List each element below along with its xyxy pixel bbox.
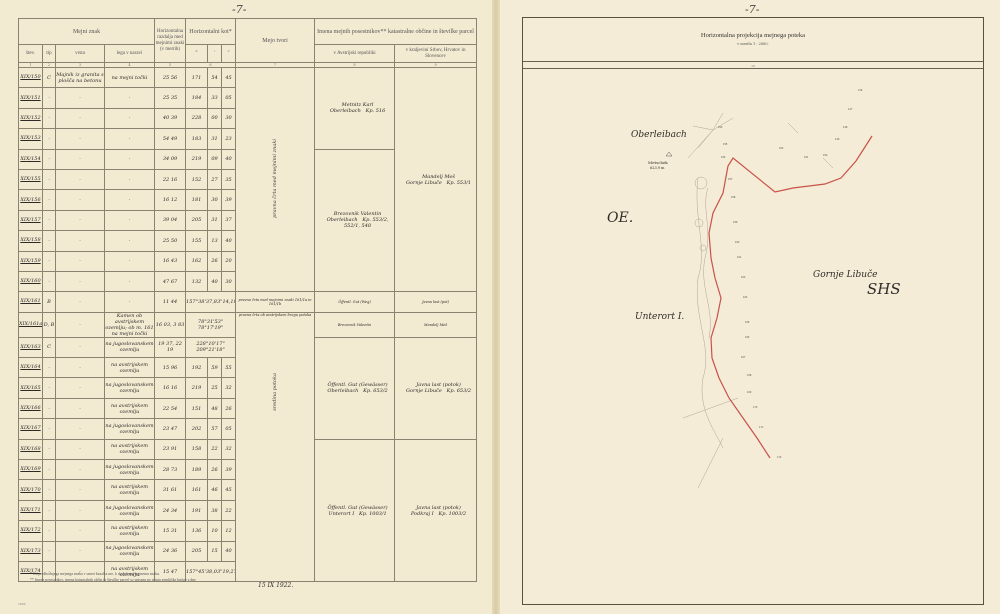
meja-tvori-text: pravna črta ob avstrijskem bregu potoka xyxy=(236,313,314,317)
marker-number: XIX/164 xyxy=(19,358,43,378)
marker-kind: · xyxy=(56,312,105,337)
marker-location: · xyxy=(105,271,155,291)
header-meja-tvori: Mejo tvori xyxy=(236,19,315,63)
marker-kind: · xyxy=(56,541,105,561)
marker-location: na avstrijskem ozemlju xyxy=(105,358,155,378)
horizontal-distance: 25 50 xyxy=(155,231,186,251)
marker-kind: · xyxy=(56,521,105,541)
svg-text:168: 168 xyxy=(747,373,752,377)
page-number: -7- xyxy=(745,3,759,16)
marker-kind: · xyxy=(56,149,105,169)
header-deg: ° xyxy=(186,45,208,63)
marker-number: XIX/173 xyxy=(19,541,43,561)
angle-seconds: 32 xyxy=(222,439,236,459)
angle-degrees: 205 xyxy=(186,541,208,561)
horizontal-distance: 31 61 xyxy=(155,480,186,500)
horizontal-distance: 11 44 xyxy=(155,292,186,312)
marker-number: XIX/169 xyxy=(19,460,43,480)
marker-location: · xyxy=(105,169,155,189)
svg-text:164: 164 xyxy=(743,295,748,299)
angle-minutes: 59 xyxy=(208,358,222,378)
angle-minutes: 46 xyxy=(208,480,222,500)
angle-degrees: 184 xyxy=(186,88,208,108)
angle-seconds: 05 xyxy=(222,88,236,108)
marker-kind: · xyxy=(56,271,105,291)
svg-text:152: 152 xyxy=(779,146,784,150)
header-lega: lega v naravi xyxy=(105,45,155,63)
marker-kind: · xyxy=(56,169,105,189)
svg-text:149: 149 xyxy=(835,137,840,141)
svg-text:171: 171 xyxy=(759,425,764,429)
horizontal-distance: 22 54 xyxy=(155,398,186,418)
angle-degrees: 171 xyxy=(186,68,208,88)
table-row: XIX/150CMajnik iz granita s plošča na be… xyxy=(19,68,477,88)
marker-location: · xyxy=(105,251,155,271)
angle-seconds: 23 xyxy=(222,129,236,149)
angle-degrees: 202 xyxy=(186,419,208,439)
marker-kind: · xyxy=(56,108,105,128)
svg-text:150: 150 xyxy=(823,153,828,157)
marker-location: na jugoslovanskem ozemlju xyxy=(105,460,155,480)
owner-parcel: Kp. 653/2 xyxy=(363,388,388,394)
svg-text:165: 165 xyxy=(745,320,750,324)
owner-shs: Mandelj MešGornje Libuče Kp. 553/1 xyxy=(395,68,477,292)
marker-location: na jugoslovanskem ozemlju xyxy=(105,541,155,561)
angle-seconds: 05 xyxy=(222,419,236,439)
marker-location: na avstrijskem ozemlju xyxy=(105,480,155,500)
marker-type: · xyxy=(43,149,56,169)
label-shs: SHS xyxy=(867,280,901,298)
angle-seconds: 40 xyxy=(222,541,236,561)
horizontal-distance: 47 67 xyxy=(155,271,186,291)
angle-minutes: 31 xyxy=(208,129,222,149)
horizontal-distance: 16 16 xyxy=(155,378,186,398)
marker-number: XIX/161a,161b xyxy=(19,312,43,337)
marker-location: na avstrijskem ozemlju xyxy=(105,398,155,418)
horizontal-distance: 23 47 xyxy=(155,419,186,439)
marker-kind: · xyxy=(56,500,105,520)
marker-type: · xyxy=(43,521,56,541)
marker-kind: · xyxy=(56,129,105,149)
marker-number: XIX/153 xyxy=(19,129,43,149)
label-oe: OE. xyxy=(607,210,633,226)
marker-number: XIX/158 xyxy=(19,231,43,251)
angle-degrees: 192 xyxy=(186,358,208,378)
header-mejni-znak: Mejni znak xyxy=(19,19,155,45)
left-page: -7- Mejni znak Horizontalna razdalja med… xyxy=(0,0,492,614)
svg-text:163: 163 xyxy=(741,275,746,279)
marker-kind: · xyxy=(56,378,105,398)
marker-location: na jugoslovanskem ozemlju xyxy=(105,419,155,439)
marker-type: C xyxy=(43,68,56,88)
marker-kind: · xyxy=(56,88,105,108)
marker-type: B xyxy=(43,292,56,312)
label-gornje-libuce: Gornje Libuče xyxy=(813,270,877,280)
owner-place: Gornje Libuče xyxy=(406,388,442,394)
horizontal-distance: 24 34 xyxy=(155,500,186,520)
angle-degrees: 189 xyxy=(186,460,208,480)
label-metschek-height: 623.9 m xyxy=(650,166,664,170)
header-min: ' xyxy=(208,45,222,63)
angle-minutes: 10 xyxy=(208,521,222,541)
header-horiz-dist: Horizontalna razdalja med mejnimi znaki … xyxy=(155,19,186,63)
owner-parcel: Kp. 1003/2 xyxy=(439,511,467,517)
angle-minutes: 09 xyxy=(208,149,222,169)
owner-shs: Mandelj Meš xyxy=(395,312,477,337)
boundary-map: 153155156 157158159 160161163 164165166 … xyxy=(523,18,983,604)
boundary-marker-table: Mejni znak Horizontalna razdalja med mej… xyxy=(18,18,477,582)
svg-text:153: 153 xyxy=(718,125,723,129)
marker-kind: · xyxy=(56,460,105,480)
marker-number: XIX/150 xyxy=(19,68,43,88)
horizontal-distance: 40 39 xyxy=(155,108,186,128)
marker-number: XIX/161 xyxy=(19,292,43,312)
angle-degrees: 181 xyxy=(186,190,208,210)
marker-type: C xyxy=(43,337,56,357)
angle-degrees: 183 xyxy=(186,129,208,149)
table-row: XIX/161B··11 44157°38'37,83"14,18"pravna… xyxy=(19,292,477,312)
meja-tvori-text: sredina potoka xyxy=(272,373,278,411)
horizontal-distance: 25 56 xyxy=(155,68,186,88)
marker-location: · xyxy=(105,108,155,128)
meja-tvori-text: pravna črta med mejnimi znaki xyxy=(272,139,278,218)
footnote-2: ** Imena posestnikov, imena katastralnih… xyxy=(30,578,196,582)
angle-minutes: 22 xyxy=(208,439,222,459)
horizontal-distance: 28 73 xyxy=(155,460,186,480)
horizontal-distance: 15 31 xyxy=(155,521,186,541)
svg-text:146: 146 xyxy=(858,88,863,92)
angle-minutes: 13 xyxy=(208,231,222,251)
svg-text:169: 169 xyxy=(747,390,752,394)
svg-text:170: 170 xyxy=(753,405,758,409)
marker-number: XIX/166 xyxy=(19,398,43,418)
angle-degrees: 228 xyxy=(186,108,208,128)
angle-seconds: 45 xyxy=(222,480,236,500)
marker-type: · xyxy=(43,439,56,459)
angle-degrees: 205 xyxy=(186,210,208,230)
horizontal-distance: 16 12 xyxy=(155,190,186,210)
angle-minutes: 26 xyxy=(208,460,222,480)
horizontal-distance: 54 49 xyxy=(155,129,186,149)
angle-degrees: 151 xyxy=(186,398,208,418)
marker-type: · xyxy=(43,378,56,398)
angle-seconds: 12 xyxy=(222,521,236,541)
angle-minutes: 54 xyxy=(208,68,222,88)
owner-place: Oberleibach xyxy=(327,388,358,394)
marker-location: na mejni točki xyxy=(105,68,155,88)
angle-seconds: 39 xyxy=(222,190,236,210)
marker-type: · xyxy=(43,358,56,378)
horizontal-distance: 39 04 xyxy=(155,210,186,230)
label-metschek: Metschek xyxy=(648,160,668,165)
marker-location: · xyxy=(105,129,155,149)
svg-text:160: 160 xyxy=(735,240,740,244)
marker-location: · xyxy=(105,292,155,312)
marker-number: XIX/170 xyxy=(19,480,43,500)
horizontal-distance: 16 43 xyxy=(155,251,186,271)
right-page: -7- Horizontalna projekcija mejnega pote… xyxy=(500,0,1000,614)
owner-austria: Öffentl. Gut (Gewässer)Oberleibach Kp. 6… xyxy=(315,337,395,439)
angle-seconds: 40 xyxy=(222,149,236,169)
angle-seconds: 45 xyxy=(222,68,236,88)
marker-location: na avstrijskem ozemlju xyxy=(105,521,155,541)
marker-type: · xyxy=(43,129,56,149)
angle-degrees: 219 xyxy=(186,378,208,398)
angle-seconds: 39 xyxy=(222,460,236,480)
marker-number: XIX/156 xyxy=(19,190,43,210)
angle-degrees: 136 xyxy=(186,521,208,541)
footnote-1: * Od predhodnjega mejnega znaka v smeri … xyxy=(30,572,160,576)
owner-austria: Brezovnik ValentinOberleibach Kp. 553/2,… xyxy=(315,149,395,292)
horizontal-distance: 34 09 xyxy=(155,149,186,169)
marker-location: · xyxy=(105,88,155,108)
marker-number: XIX/165 xyxy=(19,378,43,398)
svg-text:159: 159 xyxy=(733,220,738,224)
angle-seconds: 30 xyxy=(222,271,236,291)
horizontal-angle: 157°38'37,83"14,18" xyxy=(186,292,236,312)
horizontal-distance: 23 91 xyxy=(155,439,186,459)
register-date: 15 IX 1922. xyxy=(258,582,293,589)
marker-type: · xyxy=(43,169,56,189)
label-unterort: Unterort I. xyxy=(635,312,684,322)
marker-kind: · xyxy=(56,210,105,230)
svg-text:167: 167 xyxy=(741,355,746,359)
owner-place: Unterort I xyxy=(328,511,354,517)
marker-type: · xyxy=(43,480,56,500)
angle-seconds: 20 xyxy=(222,251,236,271)
marker-number: XIX/151 xyxy=(19,88,43,108)
marker-kind: Majnik iz granita s plošča na betonu xyxy=(56,68,105,88)
header-tip: tip xyxy=(43,45,56,63)
marker-location: · xyxy=(105,231,155,251)
map-frame: Horizontalna projekcija mejnega poteka v… xyxy=(522,17,984,605)
marker-kind: · xyxy=(56,358,105,378)
marker-type: · xyxy=(43,108,56,128)
angle-degrees: 161 xyxy=(186,480,208,500)
marker-type: · xyxy=(43,210,56,230)
marker-location: na jugoslovanskem ozemlju xyxy=(105,337,155,357)
angle-minutes: 33 xyxy=(208,88,222,108)
owner-place: Podkraj I xyxy=(411,511,434,517)
angle-degrees: 219 xyxy=(186,149,208,169)
owner-austria: Öffentl. Gut (Gewässer)Unterort I Kp. 10… xyxy=(315,439,395,582)
owner-place: Oberleibach xyxy=(330,108,361,114)
svg-text:161: 161 xyxy=(737,255,742,259)
marker-type: · xyxy=(43,541,56,561)
header-imena: Imena mejnih posestnikov** katastralne o… xyxy=(315,19,477,45)
marker-location: na jugoslovanskem ozemlju xyxy=(105,378,155,398)
owner-parcel: Kp. 516 xyxy=(366,108,386,114)
header-vrsta: vrsta xyxy=(56,45,105,63)
marker-type: · xyxy=(43,88,56,108)
marker-kind: · xyxy=(56,337,105,357)
owner-shs: Javna last (pot) xyxy=(395,292,477,312)
marker-kind: · xyxy=(56,439,105,459)
meja-tvori-upper: pravna črta med mejnimi znaki xyxy=(236,68,315,292)
marker-type: · xyxy=(43,460,56,480)
marker-number: XIX/155 xyxy=(19,169,43,189)
marker-kind: · xyxy=(56,251,105,271)
marker-number: XIX/160 xyxy=(19,271,43,291)
marker-type: · xyxy=(43,419,56,439)
marker-location: · xyxy=(105,190,155,210)
header-horiz-kot: Horizontalni kot* xyxy=(186,19,236,45)
marker-number: XIX/167 xyxy=(19,419,43,439)
marker-type: · xyxy=(43,500,56,520)
book-gutter xyxy=(492,0,500,614)
svg-text:156: 156 xyxy=(721,155,726,159)
owner-parcel: Kp. 1003/1 xyxy=(359,511,387,517)
angle-degrees: 158 xyxy=(186,439,208,459)
page-number: -7- xyxy=(232,3,246,16)
angle-seconds: 55 xyxy=(222,358,236,378)
marker-location: Kamen ob avstrijskem ozemlju; ob m. 161 … xyxy=(105,312,155,337)
header-stev: štev. xyxy=(19,45,43,63)
owner-place: Gornje Libuče xyxy=(406,180,442,186)
state-border-line xyxy=(709,136,872,458)
owner-shs: Javna last (potok)Gornje Libuče Kp. 653/… xyxy=(395,337,477,439)
marker-number: XIX/171 xyxy=(19,500,43,520)
svg-text:155: 155 xyxy=(723,142,728,146)
header-sec: " xyxy=(222,45,236,63)
horizontal-angle: 78°31'53" 78°17'19" xyxy=(186,312,236,337)
angle-seconds: 32 xyxy=(222,378,236,398)
svg-text:157: 157 xyxy=(728,177,733,181)
svg-text:172: 172 xyxy=(777,455,782,459)
table-body: XIX/150CMajnik iz granita s plošča na be… xyxy=(19,68,477,582)
horizontal-angle: 228°10'17" 209°21'18" xyxy=(186,337,236,357)
marker-number: XIX/154 xyxy=(19,149,43,169)
marker-kind: · xyxy=(56,231,105,251)
angle-degrees: 162 xyxy=(186,251,208,271)
marker-kind: · xyxy=(56,480,105,500)
horizontal-distance: 22 16 xyxy=(155,169,186,189)
angle-seconds: 26 xyxy=(222,398,236,418)
owner-shs: Javna last (potok)Podkraj I Kp. 1003/2 xyxy=(395,439,477,582)
marker-kind: · xyxy=(56,190,105,210)
horizontal-distance: 15 96 xyxy=(155,358,186,378)
angle-minutes: 00 xyxy=(208,108,222,128)
angle-degrees: 152 xyxy=(186,169,208,189)
angle-seconds: 40 xyxy=(222,231,236,251)
angle-seconds: 35 xyxy=(222,169,236,189)
angle-minutes: 30 xyxy=(208,190,222,210)
meja-tvori-middle: pravna črta med mejnimi znaki 161/1a in … xyxy=(236,292,315,312)
angle-minutes: 38 xyxy=(208,500,222,520)
angle-minutes: 57 xyxy=(208,419,222,439)
horizontal-distance: 24 36 xyxy=(155,541,186,561)
svg-text:151: 151 xyxy=(804,155,809,159)
marker-location: na avstrijskem ozemlju xyxy=(105,439,155,459)
marker-location: · xyxy=(105,210,155,230)
angle-minutes: 48 xyxy=(208,398,222,418)
owner-parcel: Kp. 653/2 xyxy=(447,388,472,394)
owner-parcel: Kp. 553/1 xyxy=(447,180,472,186)
angle-minutes: 26 xyxy=(208,251,222,271)
marker-kind: · xyxy=(56,292,105,312)
angle-degrees: 191 xyxy=(186,500,208,520)
angle-minutes: 25 xyxy=(208,378,222,398)
marker-number: XIX/168 xyxy=(19,439,43,459)
svg-text:158: 158 xyxy=(731,195,736,199)
marker-number: XIX/172 xyxy=(19,521,43,541)
horizontal-distance: 16 03, 3 83 xyxy=(155,312,186,337)
angle-seconds: 22 xyxy=(222,500,236,520)
marker-kind: · xyxy=(56,419,105,439)
label-oberleibach: Oberleibach xyxy=(631,130,687,140)
marker-type: · xyxy=(43,251,56,271)
angle-minutes: 31 xyxy=(208,210,222,230)
marker-type: D, B xyxy=(43,312,56,337)
meja-tvori-lower: pravna črta ob avstrijskem bregu potokas… xyxy=(236,312,315,582)
print-mark: 1922 xyxy=(18,602,26,606)
marker-type: · xyxy=(43,398,56,418)
marker-number: XIX/157 xyxy=(19,210,43,230)
owner-austria: Metnitz KarlOberleibach Kp. 516 xyxy=(315,68,395,150)
horizontal-distance: 19 37, 22 19 xyxy=(155,337,186,357)
angle-degrees: 132 xyxy=(186,271,208,291)
marker-number: XIX/152 xyxy=(19,108,43,128)
marker-number: XIX/163 xyxy=(19,337,43,357)
header-austria: v Avstrijski republiki xyxy=(315,45,395,63)
marker-number: XIX/159 xyxy=(19,251,43,271)
owner-austria: Öffentl. Gut (Weg) xyxy=(315,292,395,312)
table-row: XIX/161a,161bD, B·Kamen ob avstrijskem o… xyxy=(19,312,477,337)
angle-degrees: 155 xyxy=(186,231,208,251)
marker-type: · xyxy=(43,271,56,291)
svg-text:166: 166 xyxy=(745,335,750,339)
svg-text:148: 148 xyxy=(843,125,848,129)
marker-kind: · xyxy=(56,398,105,418)
owner-austria: Brezovnik Valentin xyxy=(315,312,395,337)
angle-minutes: 15 xyxy=(208,541,222,561)
marker-location: na jugoslovanskem ozemlju xyxy=(105,500,155,520)
marker-location: · xyxy=(105,149,155,169)
marker-type: · xyxy=(43,231,56,251)
angle-minutes: 40 xyxy=(208,271,222,291)
header-shs: v kraljevini Srbov, Hrvatov in Slovencev xyxy=(395,45,477,63)
angle-minutes: 27 xyxy=(208,169,222,189)
horizontal-distance: 25 35 xyxy=(155,88,186,108)
marker-type: · xyxy=(43,190,56,210)
angle-seconds: 30 xyxy=(222,108,236,128)
angle-seconds: 37 xyxy=(222,210,236,230)
svg-text:147: 147 xyxy=(848,107,853,111)
